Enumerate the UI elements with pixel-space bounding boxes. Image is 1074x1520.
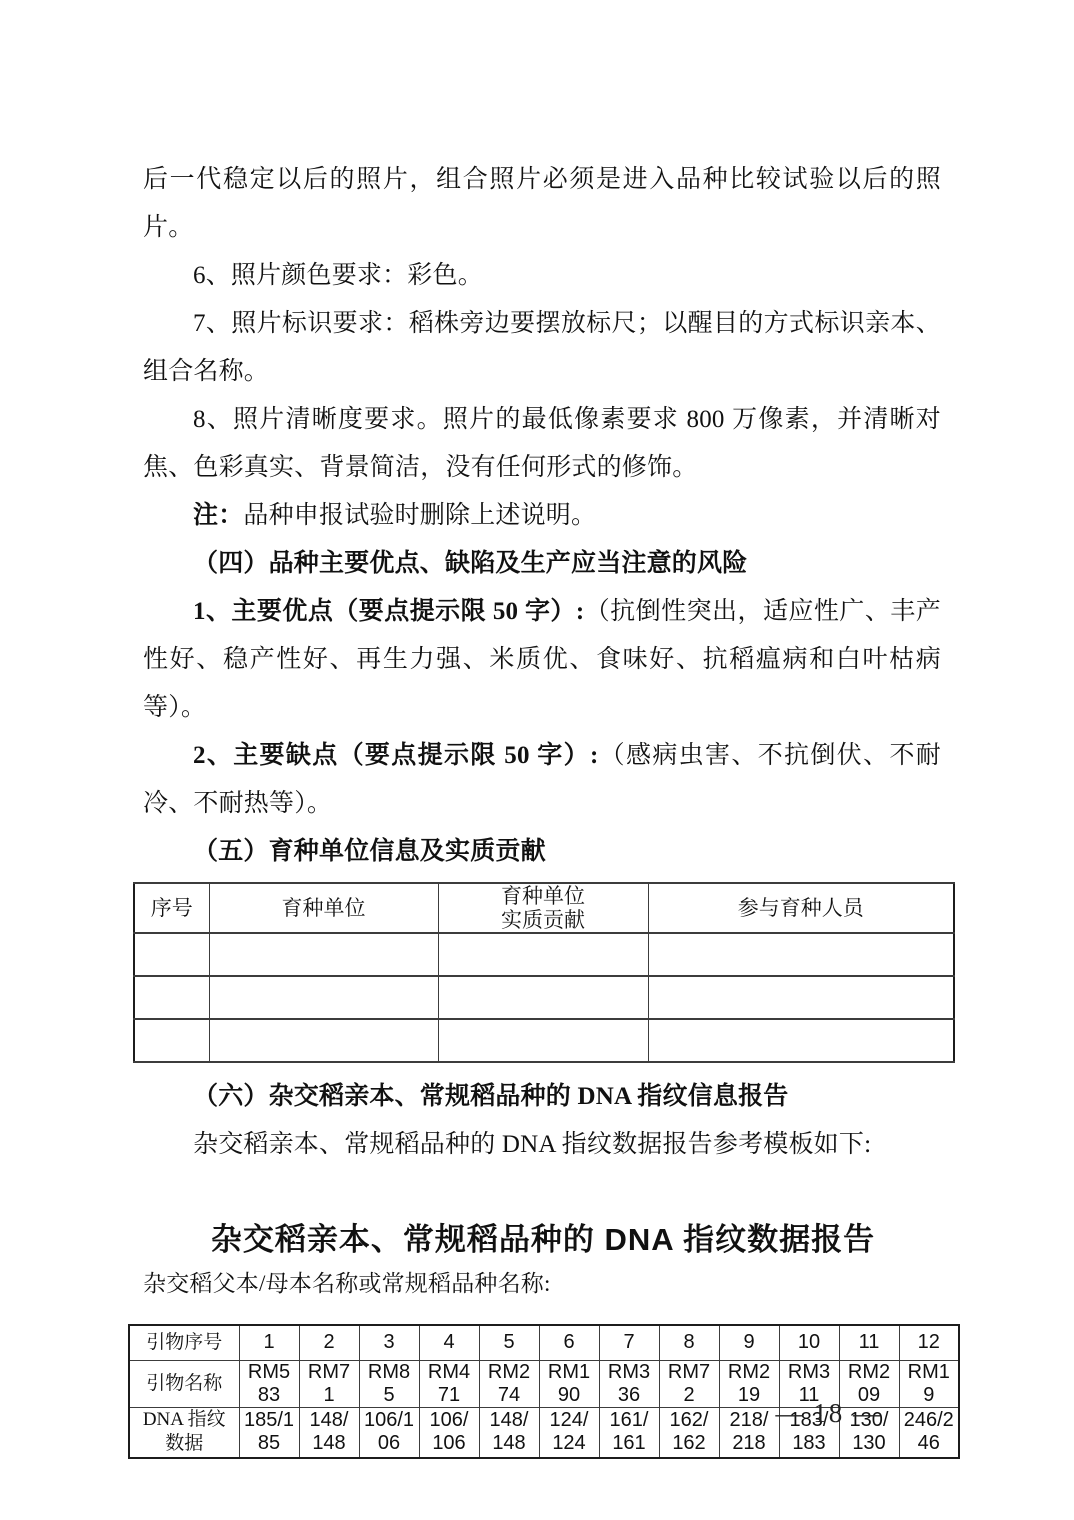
section-heading-5: （五）育种单位信息及实质贡献 [143, 828, 941, 876]
primer-name: RM3 36 [599, 1360, 659, 1407]
empty-cell [209, 933, 438, 976]
breeding-units-table: 序号 育种单位 育种单位 实质贡献 参与育种人员 [133, 882, 955, 1063]
table-row [134, 1019, 954, 1062]
paragraph-text: 8、照片清晰度要求。照片的最低像素要求 800 万像素，并清晰对焦、色彩真实、背… [143, 406, 941, 481]
primer-number: 2 [299, 1325, 359, 1360]
note-label: 注： [193, 502, 243, 529]
paragraph-item-8: 8、照片清晰度要求。照片的最低像素要求 800 万像素，并清晰对焦、色彩真实、背… [143, 396, 941, 492]
empty-cell [209, 976, 438, 1019]
primer-name: RM5 83 [239, 1360, 299, 1407]
advantages-label: 1、主要优点（要点提示限 50 字）: [193, 598, 584, 625]
primer-number: 1 [239, 1325, 299, 1360]
paragraph-disadvantages: 2、主要缺点（要点提示限 50 字）:（感病虫害、不抗倒伏、不耐冷、不耐热等）。 [143, 732, 941, 828]
fingerprint-value: 106/1 06 [359, 1407, 419, 1458]
primer-number: 8 [659, 1325, 719, 1360]
empty-cell [134, 1019, 209, 1062]
paragraph-text: 6、照片颜色要求：彩色。 [193, 262, 483, 289]
header-substantial-contribution: 育种单位 实质贡献 [438, 883, 648, 933]
empty-cell [648, 976, 954, 1019]
primer-number: 5 [479, 1325, 539, 1360]
header-breeding-personnel: 参与育种人员 [648, 883, 954, 933]
row-label-primer-number: 引物序号 [129, 1325, 239, 1360]
table-row [134, 976, 954, 1019]
fingerprint-value: 218/ 218 [719, 1407, 779, 1458]
variety-name-label: 杂交稻父本/母本名称或常规稻品种名称: [143, 1268, 941, 1300]
section-heading-4: （四）品种主要优点、缺陷及生产应当注意的风险 [143, 540, 941, 588]
empty-cell [438, 976, 648, 1019]
fingerprint-value: 124/ 124 [539, 1407, 599, 1458]
empty-cell [648, 933, 954, 976]
primer-name: RM2 74 [479, 1360, 539, 1407]
fingerprint-value: 161/ 161 [599, 1407, 659, 1458]
heading-text: （四）品种主要优点、缺陷及生产应当注意的风险 [193, 550, 747, 577]
document-page: { "content": { "p1": "后一代稳定以后的照片，组合照片必须是… [0, 0, 1074, 1520]
primer-name: RM4 71 [419, 1360, 479, 1407]
fingerprint-value: 148/ 148 [479, 1407, 539, 1458]
paragraph-template-intro: 杂交稻亲本、常规稻品种的 DNA 指纹数据报告参考模板如下: [143, 1121, 941, 1169]
empty-cell [134, 933, 209, 976]
row-label-fingerprint-data: DNA 指纹 数据 [129, 1407, 239, 1458]
heading-text: （五）育种单位信息及实质贡献 [193, 838, 546, 865]
table-row [134, 933, 954, 976]
paragraph-text: 杂交稻亲本、常规稻品种的 DNA 指纹数据报告参考模板如下: [193, 1131, 871, 1158]
empty-cell [134, 976, 209, 1019]
disadvantages-label: 2、主要缺点（要点提示限 50 字）: [193, 742, 598, 769]
paragraph-text: 7、照片标识要求：稻株旁边要摆放标尺；以醒目的方式标识亲本、组合名称。 [143, 310, 941, 385]
section-heading-6: （六）杂交稻亲本、常规稻品种的 DNA 指纹信息报告 [143, 1073, 941, 1121]
dna-fingerprint-table: 引物序号 1 2 3 4 5 6 7 8 9 10 11 12 引物名称 RM5… [128, 1324, 960, 1459]
primer-number: 10 [779, 1325, 839, 1360]
primer-number-row: 引物序号 1 2 3 4 5 6 7 8 9 10 11 12 [129, 1325, 959, 1360]
primer-number: 4 [419, 1325, 479, 1360]
primer-number: 6 [539, 1325, 599, 1360]
empty-cell [438, 1019, 648, 1062]
page-content: 后一代稳定以后的照片，组合照片必须是进入品种比较试验以后的照片。 6、照片颜色要… [0, 0, 1074, 1459]
primer-name: RM8 5 [359, 1360, 419, 1407]
primer-name: RM1 90 [539, 1360, 599, 1407]
primer-number: 7 [599, 1325, 659, 1360]
paragraph-item-6: 6、照片颜色要求：彩色。 [143, 252, 941, 300]
page-number: — 18 — [776, 1398, 1074, 1429]
primer-name: RM7 1 [299, 1360, 359, 1407]
fingerprint-value: 148/ 148 [299, 1407, 359, 1458]
empty-cell [438, 933, 648, 976]
paragraph-item-7: 7、照片标识要求：稻株旁边要摆放标尺；以醒目的方式标识亲本、组合名称。 [143, 300, 941, 396]
empty-cell [648, 1019, 954, 1062]
fingerprint-value: 185/1 85 [239, 1407, 299, 1458]
paragraph-photo-continuation: 后一代稳定以后的照片，组合照片必须是进入品种比较试验以后的照片。 [143, 156, 941, 252]
primer-number: 11 [839, 1325, 899, 1360]
primer-number: 12 [899, 1325, 959, 1360]
paragraph-note: 注：品种申报试验时删除上述说明。 [143, 492, 941, 540]
primer-name: RM2 19 [719, 1360, 779, 1407]
fingerprint-value: 162/ 162 [659, 1407, 719, 1458]
fingerprint-value: 106/ 106 [419, 1407, 479, 1458]
header-serial-number: 序号 [134, 883, 209, 933]
table-header-row: 序号 育种单位 育种单位 实质贡献 参与育种人员 [134, 883, 954, 933]
row-label-primer-name: 引物名称 [129, 1360, 239, 1407]
report-title: 杂交稻亲本、常规稻品种的 DNA 指纹数据报告 [133, 1214, 953, 1266]
primer-name: RM7 2 [659, 1360, 719, 1407]
heading-text: （六）杂交稻亲本、常规稻品种的 DNA 指纹信息报告 [193, 1083, 789, 1110]
paragraph-text: 后一代稳定以后的照片，组合照片必须是进入品种比较试验以后的照片。 [143, 166, 941, 241]
primer-number: 3 [359, 1325, 419, 1360]
header-breeding-unit: 育种单位 [209, 883, 438, 933]
empty-cell [209, 1019, 438, 1062]
primer-number: 9 [719, 1325, 779, 1360]
paragraph-advantages: 1、主要优点（要点提示限 50 字）:（抗倒性突出，适应性广、丰产性好、稳产性好… [143, 588, 941, 732]
paragraph-text: 品种申报试验时删除上述说明。 [243, 502, 596, 529]
